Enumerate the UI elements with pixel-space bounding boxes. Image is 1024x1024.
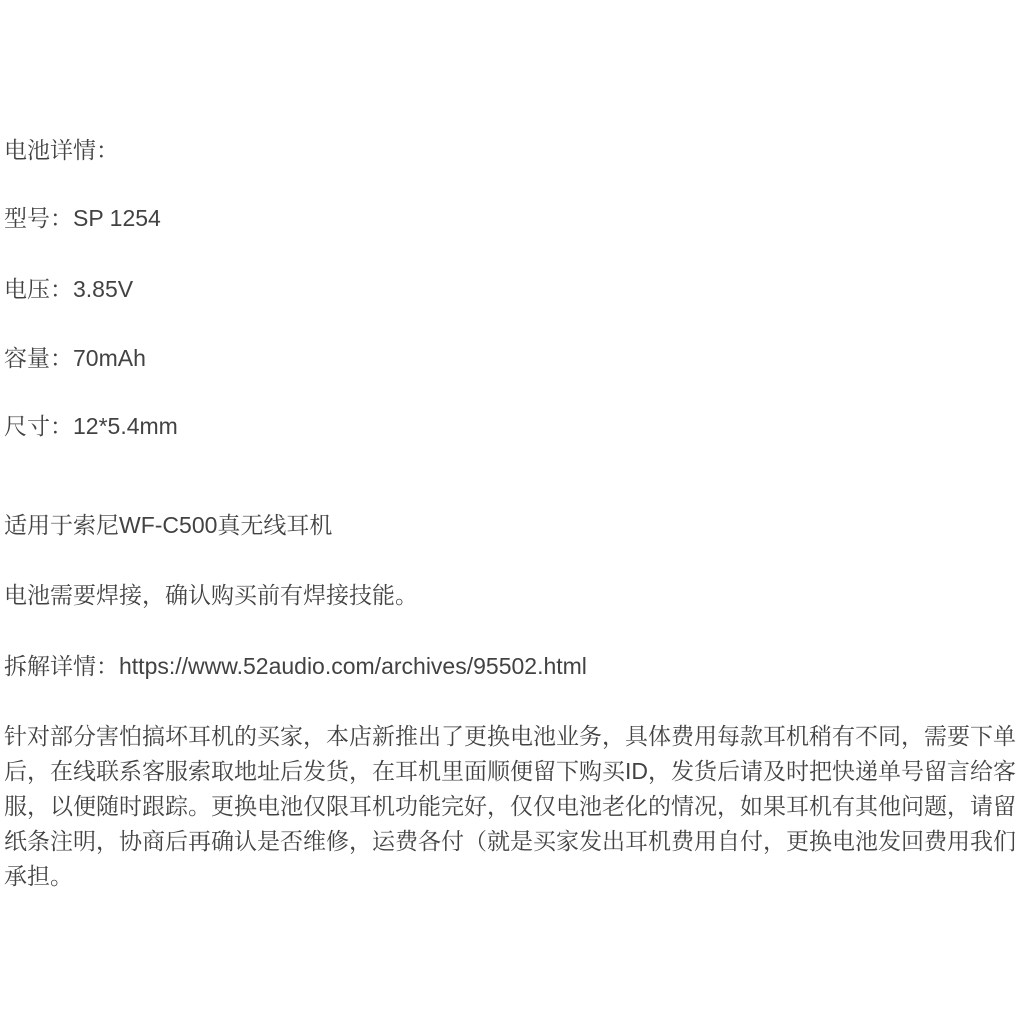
teardown-label: 拆解详情： bbox=[4, 653, 119, 679]
spec-model: 型号：SP 1254 bbox=[4, 201, 1016, 236]
compatibility-note: 适用于索尼WF-C500真无线耳机 bbox=[4, 508, 1016, 543]
spec-size: 尺寸：12*5.4mm bbox=[4, 409, 1016, 444]
replacement-service-paragraph: 针对部分害怕搞坏耳机的买家，本店新推出了更换电池业务，具体费用每款耳机稍有不同，… bbox=[4, 719, 1016, 894]
spec-capacity: 容量：70mAh bbox=[4, 341, 1016, 376]
soldering-note: 电池需要焊接，确认购买前有焊接技能。 bbox=[4, 578, 1016, 613]
spec-voltage: 电压：3.85V bbox=[4, 272, 1016, 307]
battery-details-heading: 电池详情： bbox=[4, 133, 1016, 168]
teardown-line: 拆解详情：https://www.52audio.com/archives/95… bbox=[4, 649, 1016, 684]
product-description-page: 电池详情： 型号：SP 1254 电压：3.85V 容量：70mAh 尺寸：12… bbox=[0, 0, 1024, 1024]
teardown-url: https://www.52audio.com/archives/95502.h… bbox=[119, 653, 587, 679]
